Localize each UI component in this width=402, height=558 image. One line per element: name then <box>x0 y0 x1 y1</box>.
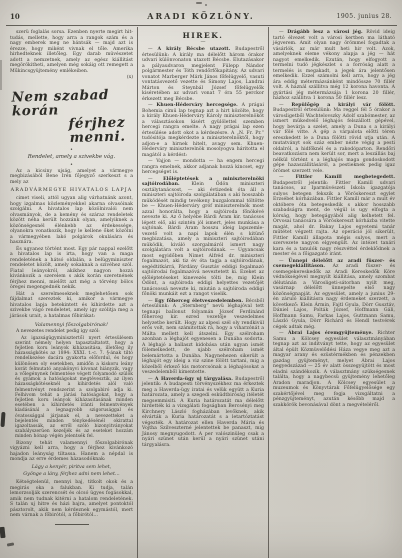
article-end-rule <box>55 524 89 525</box>
gazette-title-line: ARADVÁRMEGYE HIVATALOS LAPJA <box>10 188 133 193</box>
article-paragraph: Hát a szerelmeseknek meglehetősen sok fá… <box>10 292 133 320</box>
article-intro: Az a kicsiny ujság, amelyet a vármegye m… <box>10 169 133 186</box>
news-item-body: Budapestről jelentik: A budapesti törvén… <box>142 377 264 448</box>
news-item-body: Richter Samu a Kölcsey egyesület választ… <box>273 331 395 408</box>
news-item-lead: Egy főherceg életveszedelemben. <box>155 299 243 304</box>
news-item-lead: Drágább lesz a városi jég. <box>287 30 362 35</box>
folk-verse-line-1: Lágy a kenyér, piritva sem lehet, <box>10 465 133 471</box>
news-item-body: Bécsből értesülünk: A „Sternberg“ nevü l… <box>142 299 264 376</box>
news-item: — Egy főherceg életveszedelemben. Bécsbő… <box>142 299 264 376</box>
news-item-body: Budapestről értesülünk: A király ma déle… <box>142 47 264 102</box>
continuation-paragraph: szerü foglalás sorsa. Ezenben nyerte meg… <box>10 30 133 74</box>
headline-ornament-top: • <box>10 147 133 153</box>
news-item: — Előléptetések a miniszterelnöki sajtói… <box>142 177 264 298</box>
article-paragraph: És ugyanez történt most. Egy pár nappal … <box>10 247 133 291</box>
newspaper-page: 10 ARADI KÖZLÖNY. 1905. junius 28. szerü… <box>0 0 402 558</box>
news-item-lead: Repülőgép a királyi vár fölött. <box>291 103 395 108</box>
page-header: 10 ARADI KÖZLÖNY. 1905. junius 28. <box>8 11 394 23</box>
continuation-signature: (x) <box>10 75 133 81</box>
news-item-lead: A Haverda-ügy uj tárgyalása. <box>155 377 233 382</box>
news-item-lead: Fittler Kamill megbetegedett. <box>296 175 395 180</box>
column-left: szerü foglalás sorsa. Ezenben nyerte meg… <box>6 27 137 558</box>
column-middle-news: HIREK. — — A király Bécsbe utazott. Buda… <box>137 27 268 558</box>
news-item-body: Rövid ideig tartó élvezet volt a városi … <box>273 30 395 101</box>
news-item: — Drágább lesz a városi jég. Rövid ideig… <box>273 30 395 102</box>
scan-artifact-ink-blot <box>0 527 6 538</box>
article-subtitle: Rendelet, amely a szivekbe vág. <box>10 154 133 160</box>
folk-verse-line-2: Gyönge a lány, férjhez adni nem lehet… <box>10 472 133 478</box>
news-item-quote: — Vajjon — mondotta — ha engem hercegi r… <box>142 159 264 176</box>
decree-addressee-line: Valamennyi főszolgabirónak! <box>10 322 133 328</box>
decree-intro-line: A nevezetes rendelet pedig igy szól: <box>10 329 133 335</box>
headline-line-2: férjhez menni. <box>10 115 134 146</box>
scan-artifact-ink-blot <box>0 412 5 427</box>
column-right-news: — Drágább lesz a városi jég. Rövid ideig… <box>268 27 399 558</box>
news-item-body: Budapestről jelentik: Fittler Kamill udv… <box>273 181 395 258</box>
columns: szerü foglalás sorsa. Ezenben nyerte meg… <box>6 27 399 558</box>
decree-quote-block: Az igazságügyminisztertől nyert értesülé… <box>10 336 133 440</box>
news-item-body: Az aradi füszer- és csemegekereskedők az… <box>273 264 395 330</box>
news-item: — Khuen-Héderváry hercegsége. A prágai B… <box>142 103 264 158</box>
header-rule <box>6 25 397 26</box>
news-item-body: Klein Ödön miniszteri osztálytanácsost, … <box>142 182 264 297</box>
news-item: — Repülőgép a királyi vár fölött. Budape… <box>273 103 395 175</box>
issue-date: 1905. junius 28. <box>337 13 392 20</box>
article-closing-paragraph: Kétségtelenül, mennyi baj, titkolt okok … <box>10 480 133 519</box>
news-item-lead: A király Bécsbe utazott. <box>158 47 231 52</box>
scan-artifact-dash <box>196 2 202 4</box>
scan-artifact-dot <box>205 4 207 6</box>
news-item: — A Haverda-ügy uj tárgyalása. Budapestr… <box>142 377 264 449</box>
news-item: — Ünnepi délelőtt az aradi füszer- és cs… <box>273 259 395 331</box>
news-item: — Fittler Kamill megbetegedett. Budapest… <box>273 175 395 258</box>
news-item-body: A prágai Bohemia cimü lap tegnap azt a h… <box>142 103 264 158</box>
article-headline: Nem szabad korán férjhez menni. <box>9 87 133 146</box>
news-item-lead: Khuen-Héderváry hercegsége. <box>156 103 237 108</box>
news-item-body: Budapestről értesülünk: Ma reggel fél 5 … <box>273 108 395 174</box>
article-paragraph: cimet viseli, attól ugyan alig várhatnán… <box>10 196 133 246</box>
headline-ornament-bottom: • <box>10 162 133 168</box>
scan-artifact-edge-line <box>0 60 2 90</box>
headline-line-1: Nem szabad korán <box>9 87 133 118</box>
news-item: — A király Bécsbe utazott. Budapestről é… <box>142 47 264 102</box>
news-section-dash: — <box>142 40 264 44</box>
news-item: — Ábrai Lajos éremgyüjteménye. Richter S… <box>273 331 395 408</box>
article-paragraph: Bizony tehát valamennyi főszolgabirónak … <box>10 441 133 463</box>
news-item-lead: Ábrai Lajos éremgyüjteménye. <box>288 331 373 336</box>
